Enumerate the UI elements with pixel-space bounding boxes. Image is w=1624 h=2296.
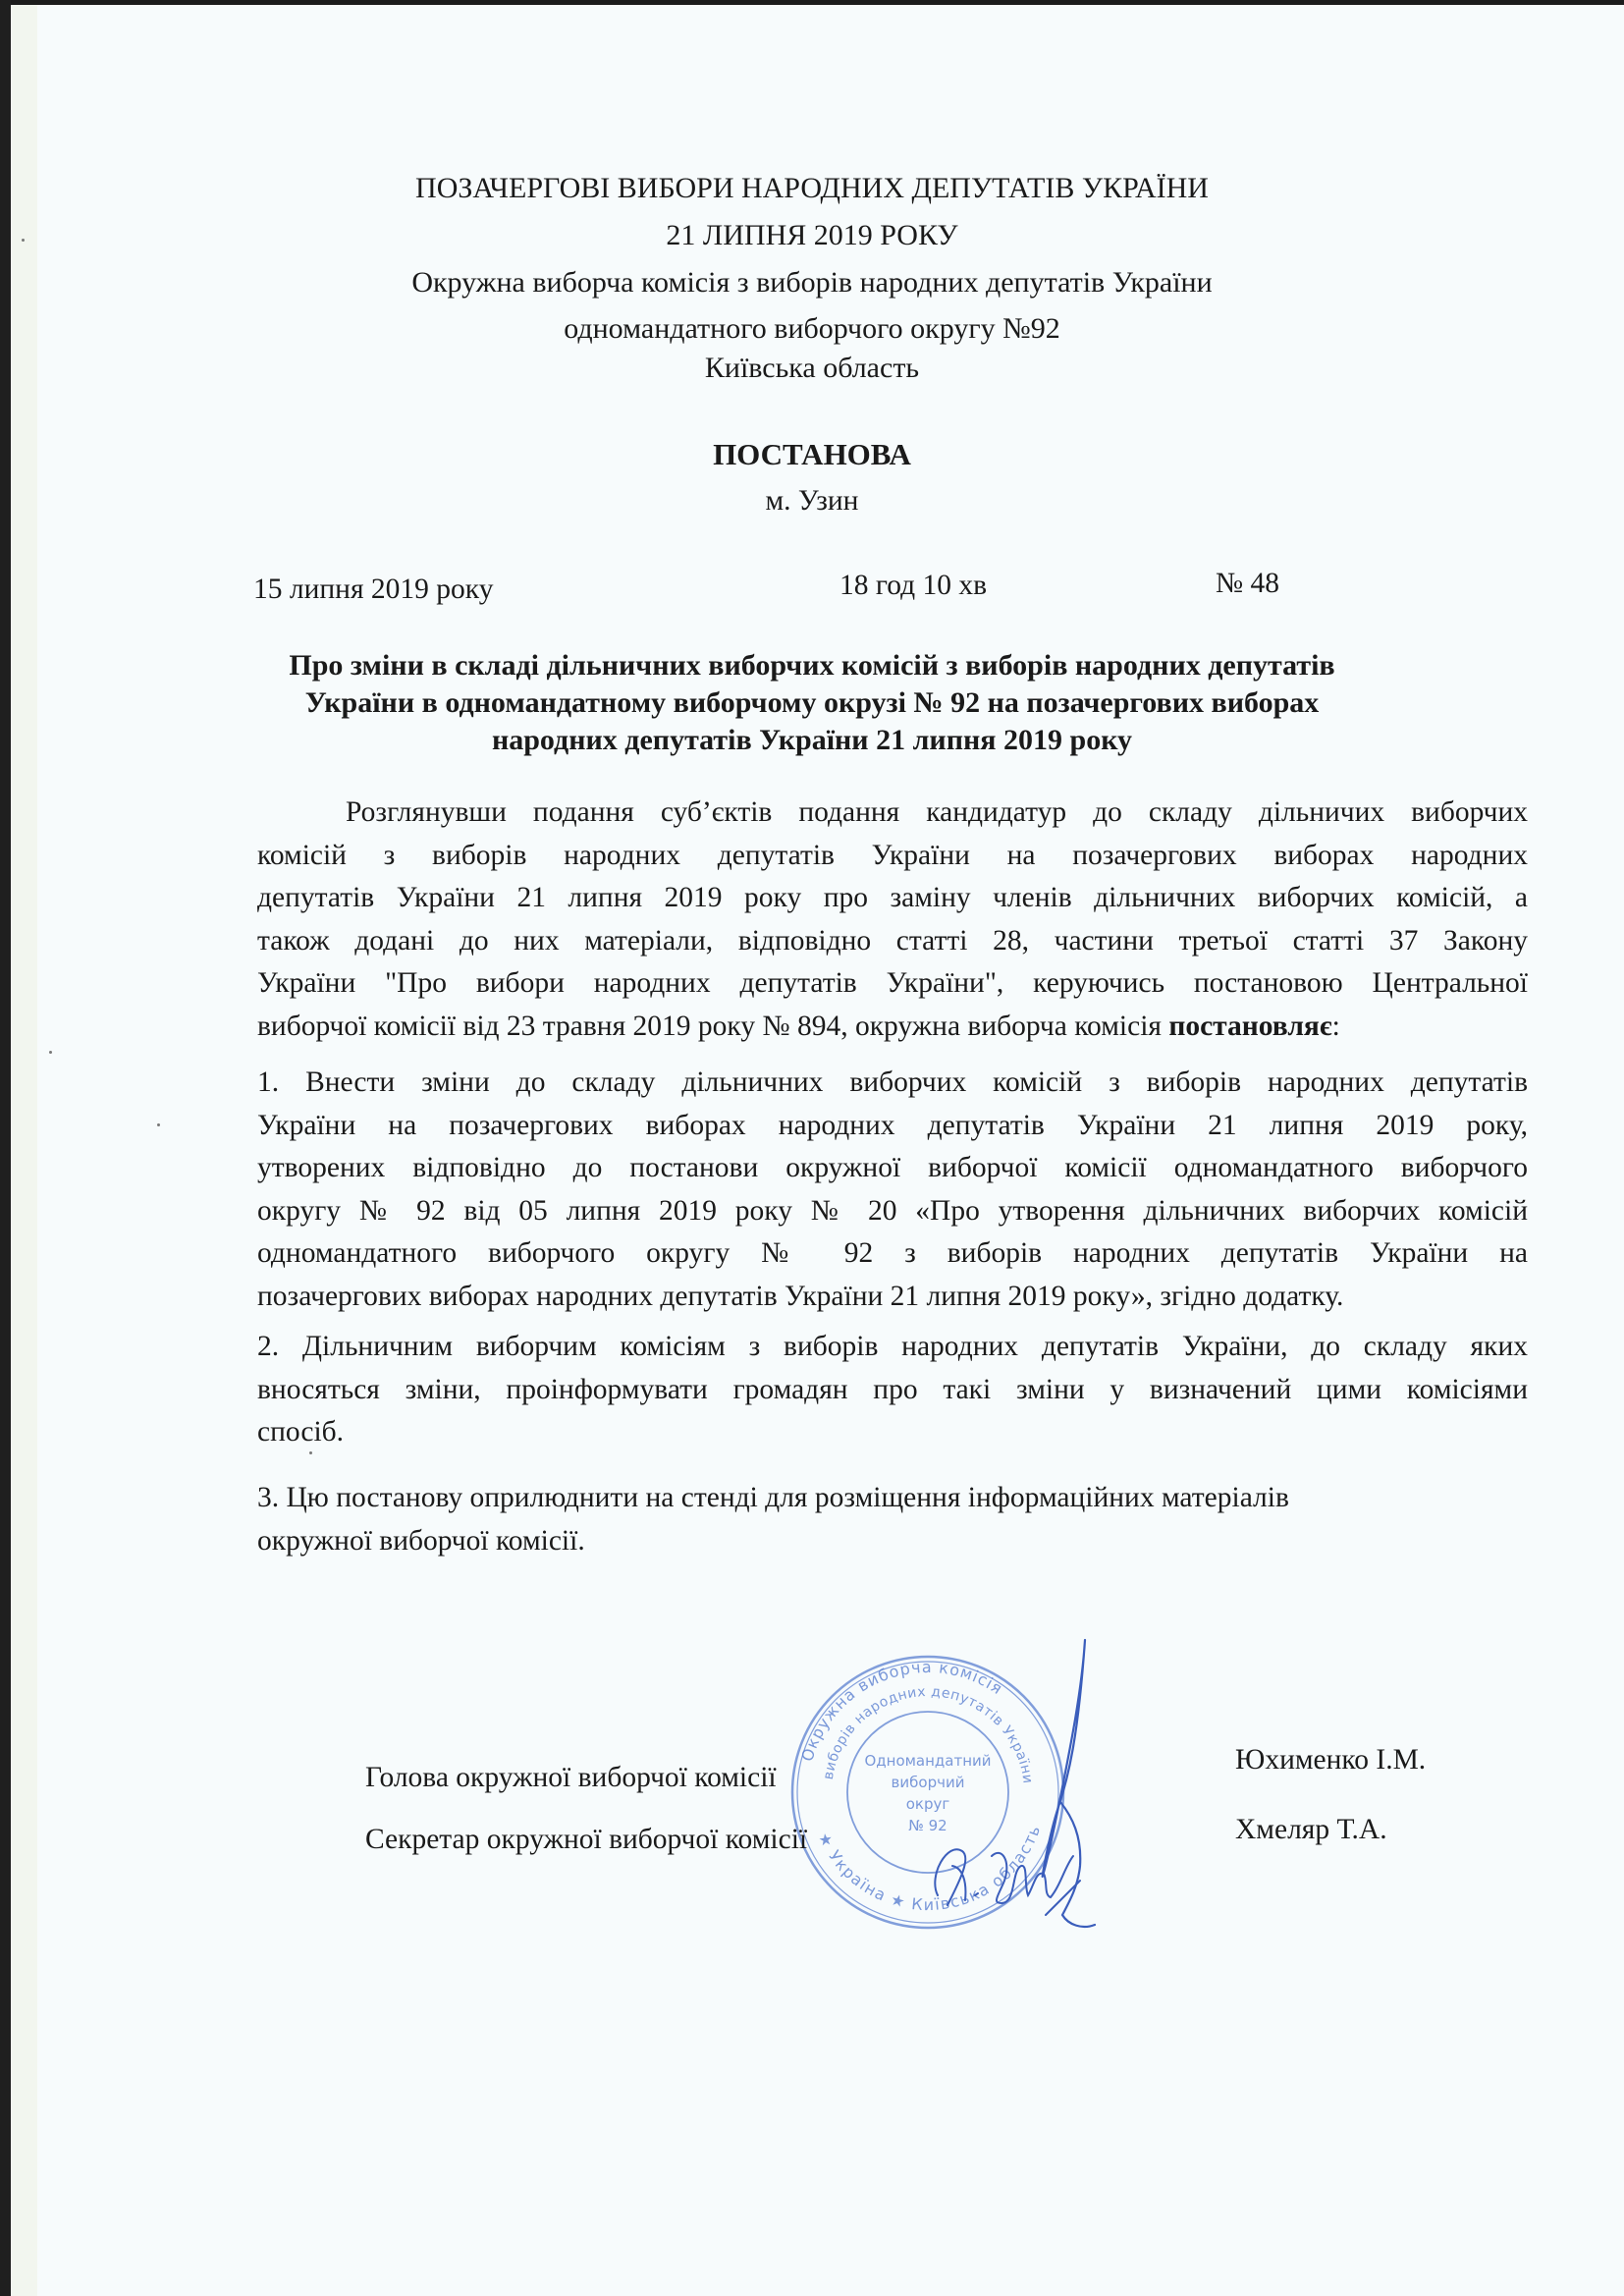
election-date: 21 ЛИПНЯ 2019 РОКУ [0,218,1624,253]
scan-speck [49,1051,52,1054]
item-line: вносяться зміни, проінформувати громадян… [257,1369,1528,1412]
item-line: округу № 92 від 05 липня 2019 року № 20 … [257,1190,1528,1233]
document-time: 18 год 10 хв [839,568,987,603]
region-name: Київська область [0,351,1624,386]
item-line: позачергових виборах народних депутатів … [257,1276,1528,1319]
preamble-paragraph: Розглянувши подання суб’єктів подання ка… [257,792,1528,1048]
preamble-line-last: виборчої комісії від 23 травня 2019 року… [257,1006,1528,1049]
document-number: № 48 [1216,566,1279,601]
subject-line-1: Про зміни в складі дільничних виборчих к… [0,648,1624,683]
item-line: України на позачергових виборах народних… [257,1105,1528,1148]
secretary-title: Секретар окружної виборчої комісії [365,1822,807,1857]
subject-line-3: народних депутатів України 21 липня 2019… [0,723,1624,758]
scan-edge [11,5,37,2296]
district-name: одномандатного виборчого округу №92 [0,311,1624,347]
item-line: 2. Дільничним виборчим комісіям з виборі… [257,1326,1528,1369]
document-title: ПОСТАНОВА [0,437,1624,472]
item-line: 3. Цю постанову оприлюднити на стенді дл… [257,1477,1528,1520]
resolves-keyword: постановляє [1168,1011,1331,1042]
item-line: утворених відповідно до постанови окружн… [257,1147,1528,1190]
item-line: одномандатного виборчого округу № 92 з в… [257,1232,1528,1276]
resolution-item-2: 2. Дільничним виборчим комісіям з виборі… [257,1326,1528,1454]
subject-line-2: України в одномандатному виборчому окруз… [0,685,1624,721]
scan-speck [22,239,25,242]
item-line: спосіб. [257,1411,1528,1454]
preamble-text: виборчої комісії від 23 травня 2019 року… [257,1011,1168,1042]
stamp-center-2: виборчий [892,1774,965,1791]
chair-name: Юхименко І.М. [1235,1742,1426,1777]
scan-speck [157,1123,160,1126]
preamble-line: також додані до них матеріали, відповідн… [257,920,1528,963]
colon: : [1332,1011,1340,1042]
scan-speck [309,1451,312,1454]
chair-title: Голова окружної виборчої комісії [365,1760,777,1795]
stamp-center-3: округ [906,1795,950,1813]
document-date: 15 липня 2019 року [253,572,493,607]
resolution-item-3: 3. Цю постанову оприлюднити на стенді дл… [257,1477,1528,1562]
resolution-item-1: 1. Внести зміни до складу дільничних виб… [257,1062,1528,1318]
commission-name: Окружна виборча комісія з виборів народн… [0,265,1624,301]
document-place: м. Узин [0,483,1624,519]
preamble-line: комісій з виборів народних депутатів Укр… [257,835,1528,878]
stamp-center-1: Одномандатний [864,1752,991,1770]
preamble-line: Розглянувши подання суб’єктів подання ка… [257,792,1528,835]
secretary-name: Хмеляр Т.А. [1235,1812,1387,1847]
preamble-line: депутатів України 21 липня 2019 року про… [257,877,1528,920]
preamble-line: України "Про вибори народних депутатів У… [257,962,1528,1006]
item-line: 1. Внести зміни до складу дільничних виб… [257,1062,1528,1105]
item-line: окружної виборчої комісії. [257,1520,1528,1563]
secretary-signature-icon [918,1827,1085,1935]
election-title: ПОЗАЧЕРГОВІ ВИБОРИ НАРОДНИХ ДЕПУТАТІВ УК… [0,171,1624,206]
